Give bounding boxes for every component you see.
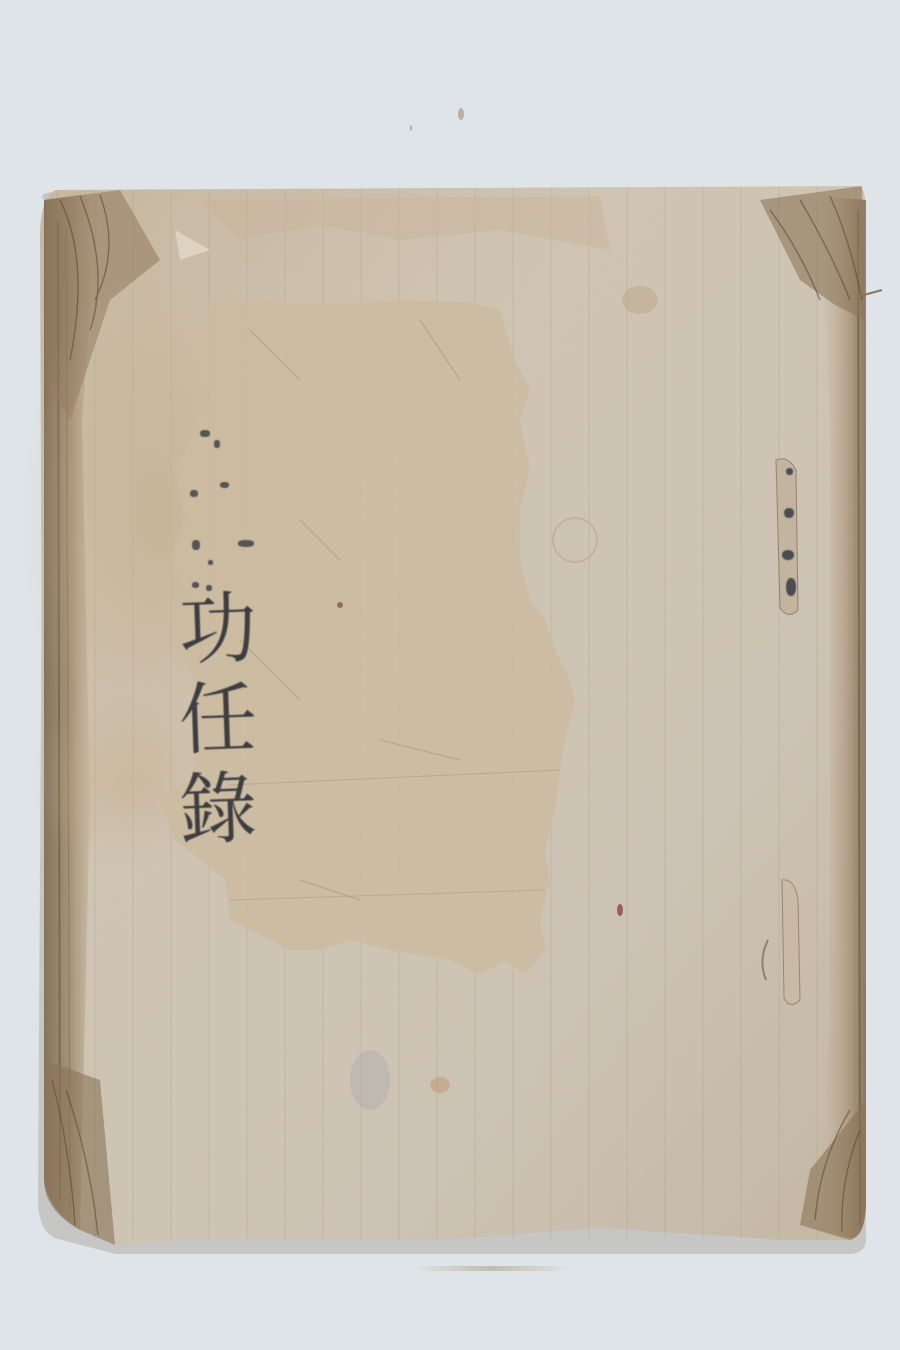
book-title: 功 任 錄 xyxy=(168,585,268,855)
faded-title-marks xyxy=(190,420,280,590)
book-photo xyxy=(0,0,900,1350)
title-char-1: 功 xyxy=(177,584,258,677)
title-char-2: 任 xyxy=(177,674,258,767)
binding-strip-ink xyxy=(778,460,802,610)
title-char-3: 錄 xyxy=(177,764,258,857)
